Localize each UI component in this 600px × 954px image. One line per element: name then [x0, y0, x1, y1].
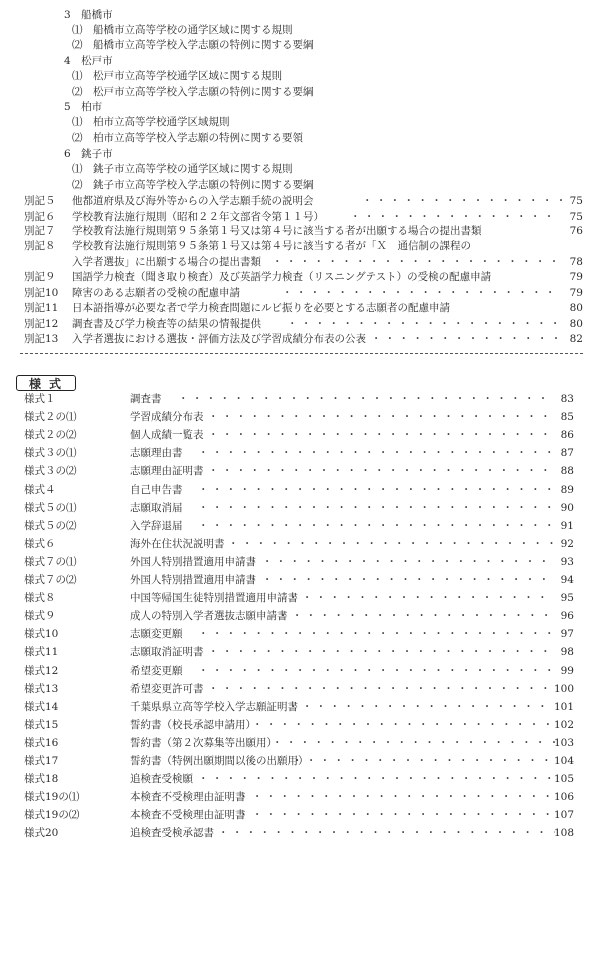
appendix-id: 別記９ [24, 271, 56, 284]
form-title[interactable]: 外国人特別措置適用申請書 [130, 556, 256, 569]
leader-dots: ・ ・ ・ ・ ・ ・ ・ ・ ・ ・ ・ ・ ・ ・ ・ ・ ・ ・ ・ ・ … [228, 538, 555, 551]
form-title[interactable]: 学習成績分布表 [130, 411, 204, 424]
leader-dots: ・ ・ ・ ・ ・ ・ ・ ・ ・ ・ ・ ・ ・ ・ ・ ・ ・ ・ ・ ・ … [238, 791, 555, 804]
form-id: 様式11 [24, 646, 58, 659]
leader-dots: ・ ・ ・ ・ ・ ・ ・ ・ ・ ・ ・ ・ ・ ・ ・ ・ ・ ・ ・ ・ … [198, 502, 555, 515]
form-title[interactable]: 志願変更願 [130, 628, 183, 641]
leader-dots: ・ ・ ・ ・ ・ ・ ・ ・ ・ ・ ・ ・ ・ ・ ・ ・ ・ ・ ・ ・ … [252, 719, 555, 732]
appendix-title: 入学者選抜における選抜・評価方法及び学習成績分布表の公表 [72, 333, 366, 346]
regulation-item: ⑴ 松戸市立高等学校通学区域に関する規則 [72, 70, 282, 83]
appendix-id: 別記12 [24, 318, 58, 331]
appendix-title: 学校教育法施行規則（昭和２２年文部省令第１１号） [72, 211, 324, 224]
form-id: 様式20 [24, 827, 58, 840]
regulation-item: ⑵ 柏市立高等学校入学志願の特例に関する要領 [72, 132, 303, 145]
appendix-title: 日本語指導が必要な者で学力検査問題にルビ振りを必要とする志願者の配慮申請 [72, 302, 450, 315]
page-number: 101 [544, 701, 574, 714]
form-title[interactable]: 外国人特別措置適用申請書 [130, 574, 256, 587]
leader-dots: ・ ・ ・ ・ ・ ・ ・ ・ ・ ・ ・ ・ ・ ・ ・ ・ ・ ・ ・ ・ … [288, 592, 555, 605]
page-number: 99 [544, 665, 574, 678]
form-id: 様式９ [24, 610, 56, 623]
appendix-title-cont: 入学者選抜」に出願する場合の提出書類 [72, 256, 261, 269]
form-id: 様式18 [24, 773, 58, 786]
page-number: 104 [544, 755, 574, 768]
form-id: 様式２の⑵ [24, 429, 77, 442]
leader-dots: ・ ・ ・ ・ ・ ・ ・ ・ ・ ・ ・ ・ ・ ・ ・ ・ ・ ・ ・ ・ … [248, 556, 555, 569]
page-number: 80 [553, 302, 583, 315]
form-id: 様式８ [24, 592, 56, 605]
form-title[interactable]: 誓約書（特例出願期間以後の出願用） [130, 755, 309, 768]
leader-dots: ・ ・ ・ ・ ・ ・ ・ ・ ・ ・ ・ ・ ・ ・ ・ ・ ・ ・ ・ ・ … [288, 701, 555, 714]
form-title[interactable]: 希望変更願 [130, 665, 183, 678]
form-id: 様式３の⑵ [24, 465, 77, 478]
form-title[interactable]: 調査書 [130, 393, 162, 406]
leader-dots: ・ ・ ・ ・ ・ ・ ・ ・ ・ ・ ・ ・ ・ ・ ・ ・ ・ ・ ・ ・ … [272, 256, 560, 269]
page-number: 89 [544, 484, 574, 497]
regulation-item: ⑵ 銚子市立高等学校入学志願の特例に関する要綱 [72, 179, 314, 192]
leader-dots: ・ ・ ・ ・ ・ ・ ・ ・ ・ ・ ・ ・ ・ ・ ・ ・ ・ ・ ・ ・ … [282, 287, 562, 300]
page-number: 103 [544, 737, 574, 750]
form-id: 様式12 [24, 665, 58, 678]
leader-dots: ・ ・ ・ ・ ・ ・ ・ ・ ・ ・ ・ ・ ・ ・ ・ ・ ・ ・ ・ ・ … [208, 683, 555, 696]
form-id: 様式６ [24, 538, 56, 551]
regulation-item: ⑴ 柏市立高等学校通学区域規則 [72, 116, 230, 129]
form-id: 様式７の⑵ [24, 574, 77, 587]
page-number: 97 [544, 628, 574, 641]
form-title[interactable]: 誓約書（第２次募集等出願用） [130, 737, 277, 750]
form-title[interactable]: 志願取消証明書 [130, 646, 204, 659]
form-title[interactable]: 入学辞退届 [130, 520, 183, 533]
page-number: 93 [544, 556, 574, 569]
leader-dots: ・ ・ ・ ・ ・ ・ ・ ・ ・ ・ ・ ・ ・ ・ ・ ・ ・ ・ ・ ・ … [357, 333, 562, 346]
leader-dots: ・ ・ ・ ・ ・ ・ ・ ・ ・ ・ ・ ・ ・ ・ ・ ・ ・ ・ ・ ・ … [198, 665, 555, 678]
form-title[interactable]: 本検査不受検理由証明書 [130, 809, 246, 822]
page-number: 105 [544, 773, 574, 786]
city-heading: 6 銚子市 [64, 148, 113, 161]
leader-dots: ・ ・ ・ ・ ・ ・ ・ ・ ・ ・ ・ ・ ・ ・ ・ ・ ・ ・ ・ ・ … [362, 195, 562, 208]
page-number: 75 [553, 211, 583, 224]
page-number: 80 [553, 318, 583, 331]
leader-dots: ・ ・ ・ ・ ・ ・ ・ ・ ・ ・ ・ ・ ・ ・ ・ ・ ・ ・ ・ ・ … [208, 429, 555, 442]
page-number: 90 [544, 502, 574, 515]
appendix-title: 他都道府県及び海外等からの入学志願手続の説明会 [72, 195, 314, 208]
leader-dots: ・ ・ ・ ・ ・ ・ ・ ・ ・ ・ ・ ・ ・ ・ ・ ・ ・ ・ ・ ・ … [178, 393, 555, 406]
form-title[interactable]: 希望変更許可書 [130, 683, 204, 696]
leader-dots: ・ ・ ・ ・ ・ ・ ・ ・ ・ ・ ・ ・ ・ ・ ・ ・ ・ ・ ・ ・ … [198, 447, 555, 460]
leader-dots: ・ ・ ・ ・ ・ ・ ・ ・ ・ ・ ・ ・ ・ ・ ・ ・ ・ ・ ・ ・ … [208, 411, 555, 424]
form-id: 様式７の⑴ [24, 556, 77, 569]
leader-dots: ・ ・ ・ ・ ・ ・ ・ ・ ・ ・ ・ ・ ・ ・ ・ ・ ・ ・ ・ ・ … [278, 610, 555, 623]
leader-dots: ・ ・ ・ ・ ・ ・ ・ ・ ・ ・ ・ ・ ・ ・ ・ ・ ・ ・ ・ ・ … [238, 809, 555, 822]
form-title[interactable]: 個人成績一覧表 [130, 429, 204, 442]
form-title[interactable]: 誓約書（校長承認申請用） [130, 719, 256, 732]
page-number: 87 [544, 447, 574, 460]
leader-dots: ・ ・ ・ ・ ・ ・ ・ ・ ・ ・ ・ ・ ・ ・ ・ ・ ・ ・ ・ ・ … [292, 755, 555, 768]
page-number: 85 [544, 411, 574, 424]
form-id: 様式17 [24, 755, 58, 768]
regulation-item: ⑵ 松戸市立高等学校入学志願の特例に関する要綱 [72, 86, 314, 99]
form-id: 様式14 [24, 701, 58, 714]
page-number: 100 [544, 683, 574, 696]
regulation-item: ⑴ 銚子市立高等学校の通学区域に関する規則 [72, 163, 293, 176]
form-id: 様式16 [24, 737, 58, 750]
leader-dots: ・ ・ ・ ・ ・ ・ ・ ・ ・ ・ ・ ・ ・ ・ ・ ・ ・ ・ ・ ・ … [198, 628, 555, 641]
page-number: 75 [553, 195, 583, 208]
page-number: 88 [544, 465, 574, 478]
form-id: 様式２の⑴ [24, 411, 77, 424]
appendix-id: 別記13 [24, 333, 58, 346]
page-number: 92 [544, 538, 574, 551]
page-number: 83 [544, 393, 574, 406]
leader-dots: ・ ・ ・ ・ ・ ・ ・ ・ ・ ・ ・ ・ ・ ・ ・ ・ ・ ・ ・ ・ … [208, 465, 555, 478]
page-number: 96 [544, 610, 574, 623]
leader-dots: ・ ・ ・ ・ ・ ・ ・ ・ ・ ・ ・ ・ ・ ・ ・ ・ ・ ・ ・ ・ … [248, 574, 555, 587]
appendix-id: 別記10 [24, 287, 58, 300]
leader-dots: ・ ・ ・ ・ ・ ・ ・ ・ ・ ・ ・ ・ ・ ・ ・ ・ ・ ・ ・ ・ … [198, 484, 555, 497]
regulation-item: ⑵ 船橋市立高等学校入学志願の特例に関する要綱 [72, 39, 314, 52]
page-number: 86 [544, 429, 574, 442]
city-heading: 4 松戸市 [64, 55, 113, 68]
page-number: 94 [544, 574, 574, 587]
form-id: 様式13 [24, 683, 58, 696]
form-title[interactable]: 追検査受検承認書 [130, 827, 214, 840]
form-title[interactable]: 志願取消届 [130, 502, 183, 515]
leader-dots: ・ ・ ・ ・ ・ ・ ・ ・ ・ ・ ・ ・ ・ ・ ・ ・ ・ ・ ・ ・ … [287, 318, 562, 331]
page-number: 95 [544, 592, 574, 605]
section-divider [20, 353, 583, 354]
appendix-title: 学校教育法施行規則第９５条第１号又は第４号に該当する者が「Ｘ 通信制の課程の [72, 240, 471, 253]
form-title[interactable]: 中国等帰国生徒特別措置適用申請書 [130, 592, 298, 605]
appendix-id: 別記６ [24, 211, 56, 224]
form-title[interactable]: 海外在住状況説明書 [130, 538, 225, 551]
leader-dots: ・ ・ ・ ・ ・ ・ ・ ・ ・ ・ ・ ・ ・ ・ ・ ・ ・ ・ ・ ・ … [198, 773, 555, 786]
page-number: 98 [544, 646, 574, 659]
page-number: 78 [553, 256, 583, 269]
form-id: 様式19の⑴ [24, 791, 79, 804]
page-number: 106 [544, 791, 574, 804]
form-id: 様式19の⑵ [24, 809, 79, 822]
form-title[interactable]: 志願理由書 [130, 447, 183, 460]
leader-dots: ・ ・ ・ ・ ・ ・ ・ ・ ・ ・ ・ ・ ・ ・ ・ ・ ・ ・ ・ ・ … [272, 737, 555, 750]
form-title[interactable]: 千葉県県立高等学校入学志願証明書 [130, 701, 298, 714]
form-id: 様式５の⑴ [24, 502, 77, 515]
page-number: 82 [553, 333, 583, 346]
appendix-id: 別記８ [24, 240, 56, 253]
leader-dots: ・ ・ ・ ・ ・ ・ ・ ・ ・ ・ ・ ・ ・ ・ ・ ・ ・ ・ ・ ・ … [218, 827, 555, 840]
form-title[interactable]: 追検査受検願 [130, 773, 193, 786]
form-id: 様式１ [24, 393, 56, 406]
page-number: 107 [544, 809, 574, 822]
page-number: 76 [553, 225, 583, 238]
form-id: 様式15 [24, 719, 58, 732]
form-title[interactable]: 志願理由証明書 [130, 465, 204, 478]
leader-dots: ・ ・ ・ ・ ・ ・ ・ ・ ・ ・ ・ ・ ・ ・ ・ ・ ・ ・ ・ ・ … [208, 646, 555, 659]
page-number: 79 [553, 271, 583, 284]
form-title[interactable]: 自己申告書 [130, 484, 183, 497]
appendix-id: 別記７ [24, 225, 56, 238]
page-number: 79 [553, 287, 583, 300]
form-title[interactable]: 本検査不受検理由証明書 [130, 791, 246, 804]
leader-dots: ・ ・ ・ ・ ・ ・ ・ ・ ・ ・ ・ ・ ・ ・ ・ ・ ・ ・ ・ ・ … [198, 520, 555, 533]
page-number: 91 [544, 520, 574, 533]
city-heading: 5 柏市 [64, 101, 102, 114]
appendix-title: 調査書及び学力検査等の結果の情報提供 [72, 318, 261, 331]
form-title[interactable]: 成人の特別入学者選抜志願申請書 [130, 610, 288, 623]
forms-section-heading: 様式 [16, 375, 76, 391]
appendix-id: 別記５ [24, 195, 56, 208]
form-id: 様式４ [24, 484, 56, 497]
leader-dots: ・ ・ ・ ・ ・ ・ ・ ・ ・ ・ ・ ・ ・ ・ ・ ・ ・ ・ ・ ・ … [350, 211, 562, 224]
city-heading: 3 船橋市 [64, 9, 113, 22]
appendix-title: 学校教育法施行規則第９５条第１号又は第４号に該当する者が出願する場合の提出書類 [72, 225, 482, 238]
form-id: 様式３の⑴ [24, 447, 77, 460]
form-id: 様式５の⑵ [24, 520, 77, 533]
appendix-title: 障害のある志願者の受検の配慮申請 [72, 287, 240, 300]
form-id: 様式10 [24, 628, 58, 641]
regulation-item: ⑴ 船橋市立高等学校の通学区域に関する規則 [72, 24, 293, 37]
appendix-id: 別記11 [24, 302, 58, 315]
appendix-title: 国語学力検査（聞き取り検査）及び英語学力検査（リスニングテスト）の受検の配慮申請 [72, 271, 491, 284]
page-number: 102 [544, 719, 574, 732]
page-number: 108 [544, 827, 574, 840]
